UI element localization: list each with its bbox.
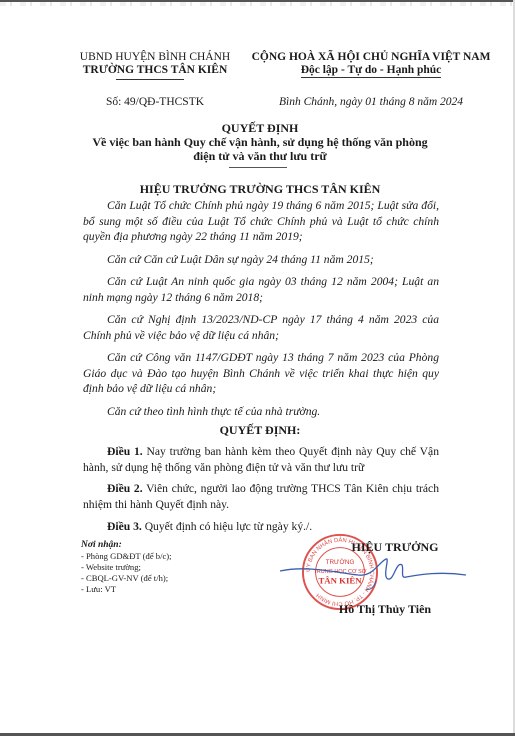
legal-basis-2: Căn cứ Căn cứ Luật Dân sự ngày 24 tháng … bbox=[83, 252, 439, 268]
place-date: Bình Chánh, ngày 01 tháng 8 năm 2024 bbox=[246, 96, 496, 108]
legal-bases: Căn Luật Tổ chức Chính phủ ngày 19 tháng… bbox=[83, 198, 439, 419]
legal-basis-5: Căn cứ Công văn 1147/GDĐT ngày 13 tháng … bbox=[83, 350, 439, 397]
recipient-item: - Phòng GD&ĐT (để b/c); bbox=[81, 551, 172, 562]
articles: Điều 1. Nay trường ban hành kèm theo Quy… bbox=[83, 444, 439, 535]
recipient-item: - Website trường; bbox=[81, 562, 172, 573]
decision-heading: QUYẾT ĐỊNH: bbox=[60, 423, 460, 438]
article-1-label: Điều 1. bbox=[107, 445, 143, 458]
national-motto: CỘNG HOÀ XÃ HỘI CHỦ NGHĨA VIỆT NAM Độc l… bbox=[246, 51, 496, 78]
subject-line-1: Về việc ban hành Quy chế vận hành, sử dụ… bbox=[70, 135, 450, 149]
article-2-label: Điều 2. bbox=[107, 482, 143, 495]
subject-underline bbox=[229, 167, 287, 168]
article-2: Điều 2. Viên chức, người lao động trường… bbox=[83, 481, 439, 512]
recipient-item: - Lưu: VT bbox=[81, 584, 172, 595]
article-3-text: Quyết định có hiệu lực từ ngày ký./. bbox=[145, 520, 312, 533]
signer-name: Hồ Thị Thủy Tiên bbox=[310, 602, 460, 617]
document-subject: Về việc ban hành Quy chế vận hành, sử dụ… bbox=[70, 135, 450, 163]
recipients-label: Nơi nhận: bbox=[81, 540, 172, 551]
article-3-label: Điều 3. bbox=[107, 520, 142, 533]
handwritten-signature-icon bbox=[278, 555, 468, 595]
authority-school: TRƯỜNG THCS TÂN KIÊN bbox=[66, 64, 244, 77]
document-number: Số: 49/QĐ-THCSTK bbox=[66, 96, 244, 108]
article-3: Điều 3. Quyết định có hiệu lực từ ngày k… bbox=[83, 519, 439, 535]
issuing-authority: UBND HUYỆN BÌNH CHÁNH TRƯỜNG THCS TÂN KI… bbox=[66, 51, 244, 77]
document-page: UBND HUYỆN BÌNH CHÁNH TRƯỜNG THCS TÂN KI… bbox=[0, 0, 515, 736]
issuer-heading: HIỆU TRƯỞNG TRƯỜNG THCS TÂN KIÊN bbox=[60, 182, 460, 197]
motto-slogan: Độc lập - Tự do - Hạnh phúc bbox=[301, 64, 442, 78]
recipients: Nơi nhận: - Phòng GD&ĐT (để b/c); - Webs… bbox=[81, 540, 172, 595]
subject-line-2: điện tử và văn thư lưu trữ bbox=[70, 149, 450, 163]
authority-underline bbox=[116, 79, 184, 80]
legal-basis-3: Căn cứ Luật An ninh quốc gia ngày 03 thá… bbox=[83, 274, 439, 305]
motto-country: CỘNG HOÀ XÃ HỘI CHỦ NGHĨA VIỆT NAM bbox=[246, 51, 496, 64]
legal-basis-4: Căn cứ Nghị định 13/2023/ND-CP ngày 17 t… bbox=[83, 312, 439, 343]
recipient-item: - CBQL-GV-NV (để t/h); bbox=[81, 573, 172, 584]
article-1: Điều 1. Nay trường ban hành kèm theo Quy… bbox=[83, 444, 439, 475]
document-type: QUYẾT ĐỊNH bbox=[60, 121, 460, 135]
authority-district: UBND HUYỆN BÌNH CHÁNH bbox=[66, 51, 244, 64]
legal-basis-6: Căn cứ theo tình hình thực tế của nhà tr… bbox=[83, 404, 439, 420]
legal-basis-1: Căn Luật Tổ chức Chính phủ ngày 19 tháng… bbox=[83, 198, 439, 245]
signer-title: HIỆU TRƯỞNG bbox=[330, 540, 460, 555]
